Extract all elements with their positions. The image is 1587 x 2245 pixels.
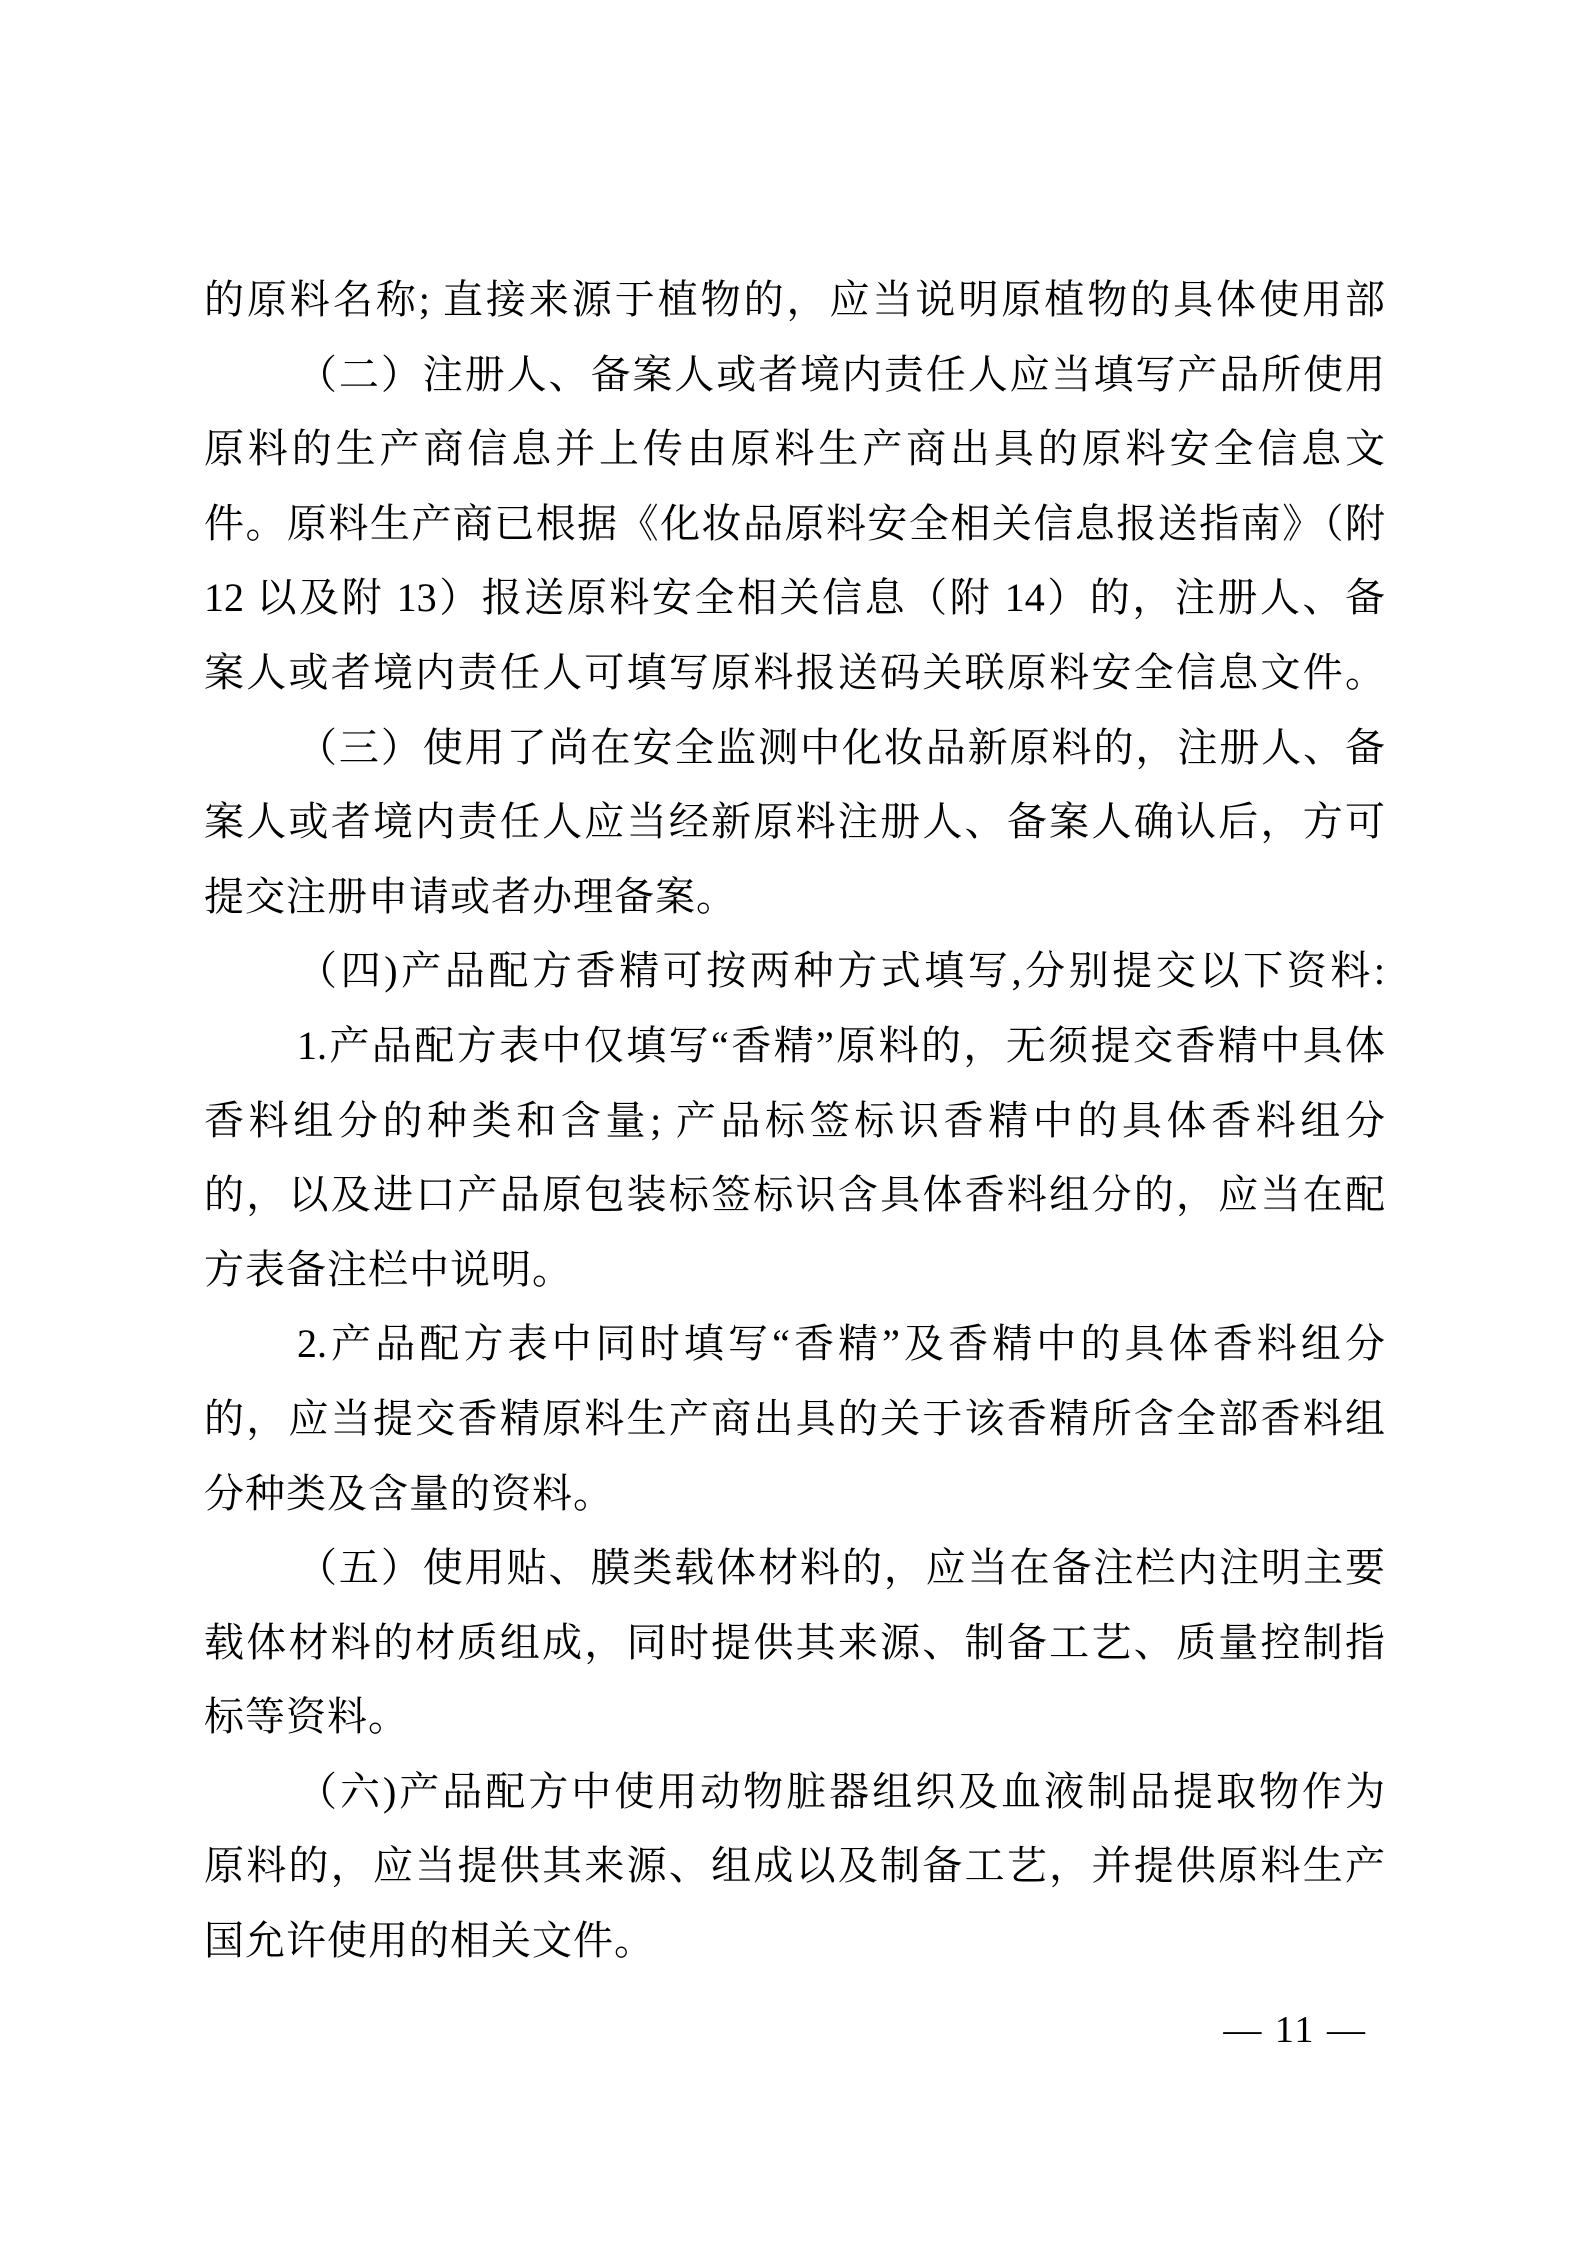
text-line: 案人或者境内责任人可填写原料报送码关联原料安全信息文件。: [204, 636, 1385, 711]
text-line: 原料的生产商信息并上传由原料生产商出具的原料安全信息文: [204, 412, 1385, 487]
text-line: 的，应当提交香精原料生产商出具的关于该香精所含全部香料组: [204, 1382, 1385, 1457]
text-line: 载体材料的材质组成，同时提供其来源、制备工艺、质量控制指: [204, 1606, 1385, 1681]
text-line: 案人或者境内责任人应当经新原料注册人、备案人确认后，方可: [204, 785, 1385, 860]
text-line: 1.产品配方表中仅填写“香精”原料的，无须提交香精中具体: [204, 1009, 1385, 1084]
text-line: （六)产品配方中使用动物脏器组织及血液制品提取物作为: [204, 1755, 1385, 1830]
text-line: 方表备注栏中说明。: [204, 1233, 1385, 1308]
text-line: 香料组分的种类和含量; 产品标签标识香精中的具体香料组分: [204, 1084, 1385, 1159]
text-line: 分种类及含量的资料。: [204, 1457, 1385, 1532]
document-body: 的原料名称; 直接来源于植物的，应当说明原植物的具体使用部位。（二）注册人、备案…: [204, 263, 1385, 1979]
text-line: 标等资料。: [204, 1680, 1385, 1755]
text-line: 12 以及附 13）报送原料安全相关信息（附 14）的，注册人、备: [204, 561, 1385, 636]
text-line: 提交注册申请或者办理备案。: [204, 860, 1385, 935]
text-line: （三）使用了尚在安全监测中化妆品新原料的，注册人、备: [204, 711, 1385, 786]
text-line: 国允许使用的相关文件。: [204, 1904, 1385, 1979]
text-line: 的，以及进口产品原包装标签标识含具体香料组分的，应当在配: [204, 1158, 1385, 1233]
text-line: （四)产品配方香精可按两种方式填写,分别提交以下资料:: [204, 934, 1385, 1009]
text-line: 原料的，应当提供其来源、组成以及制备工艺，并提供原料生产: [204, 1829, 1385, 1904]
document-page: 的原料名称; 直接来源于植物的，应当说明原植物的具体使用部位。（二）注册人、备案…: [0, 0, 1587, 2245]
text-line: 的原料名称; 直接来源于植物的，应当说明原植物的具体使用部位。: [204, 263, 1385, 338]
text-line: （五）使用贴、膜类载体材料的，应当在备注栏内注明主要: [204, 1531, 1385, 1606]
text-line: 件。原料生产商已根据《化妆品原料安全相关信息报送指南》（附: [204, 487, 1385, 562]
text-line: 2.产品配方表中同时填写“香精”及香精中的具体香料组分: [204, 1307, 1385, 1382]
text-line: （二）注册人、备案人或者境内责任人应当填写产品所使用: [204, 338, 1385, 413]
page-number: — 11 —: [1223, 2008, 1367, 2052]
